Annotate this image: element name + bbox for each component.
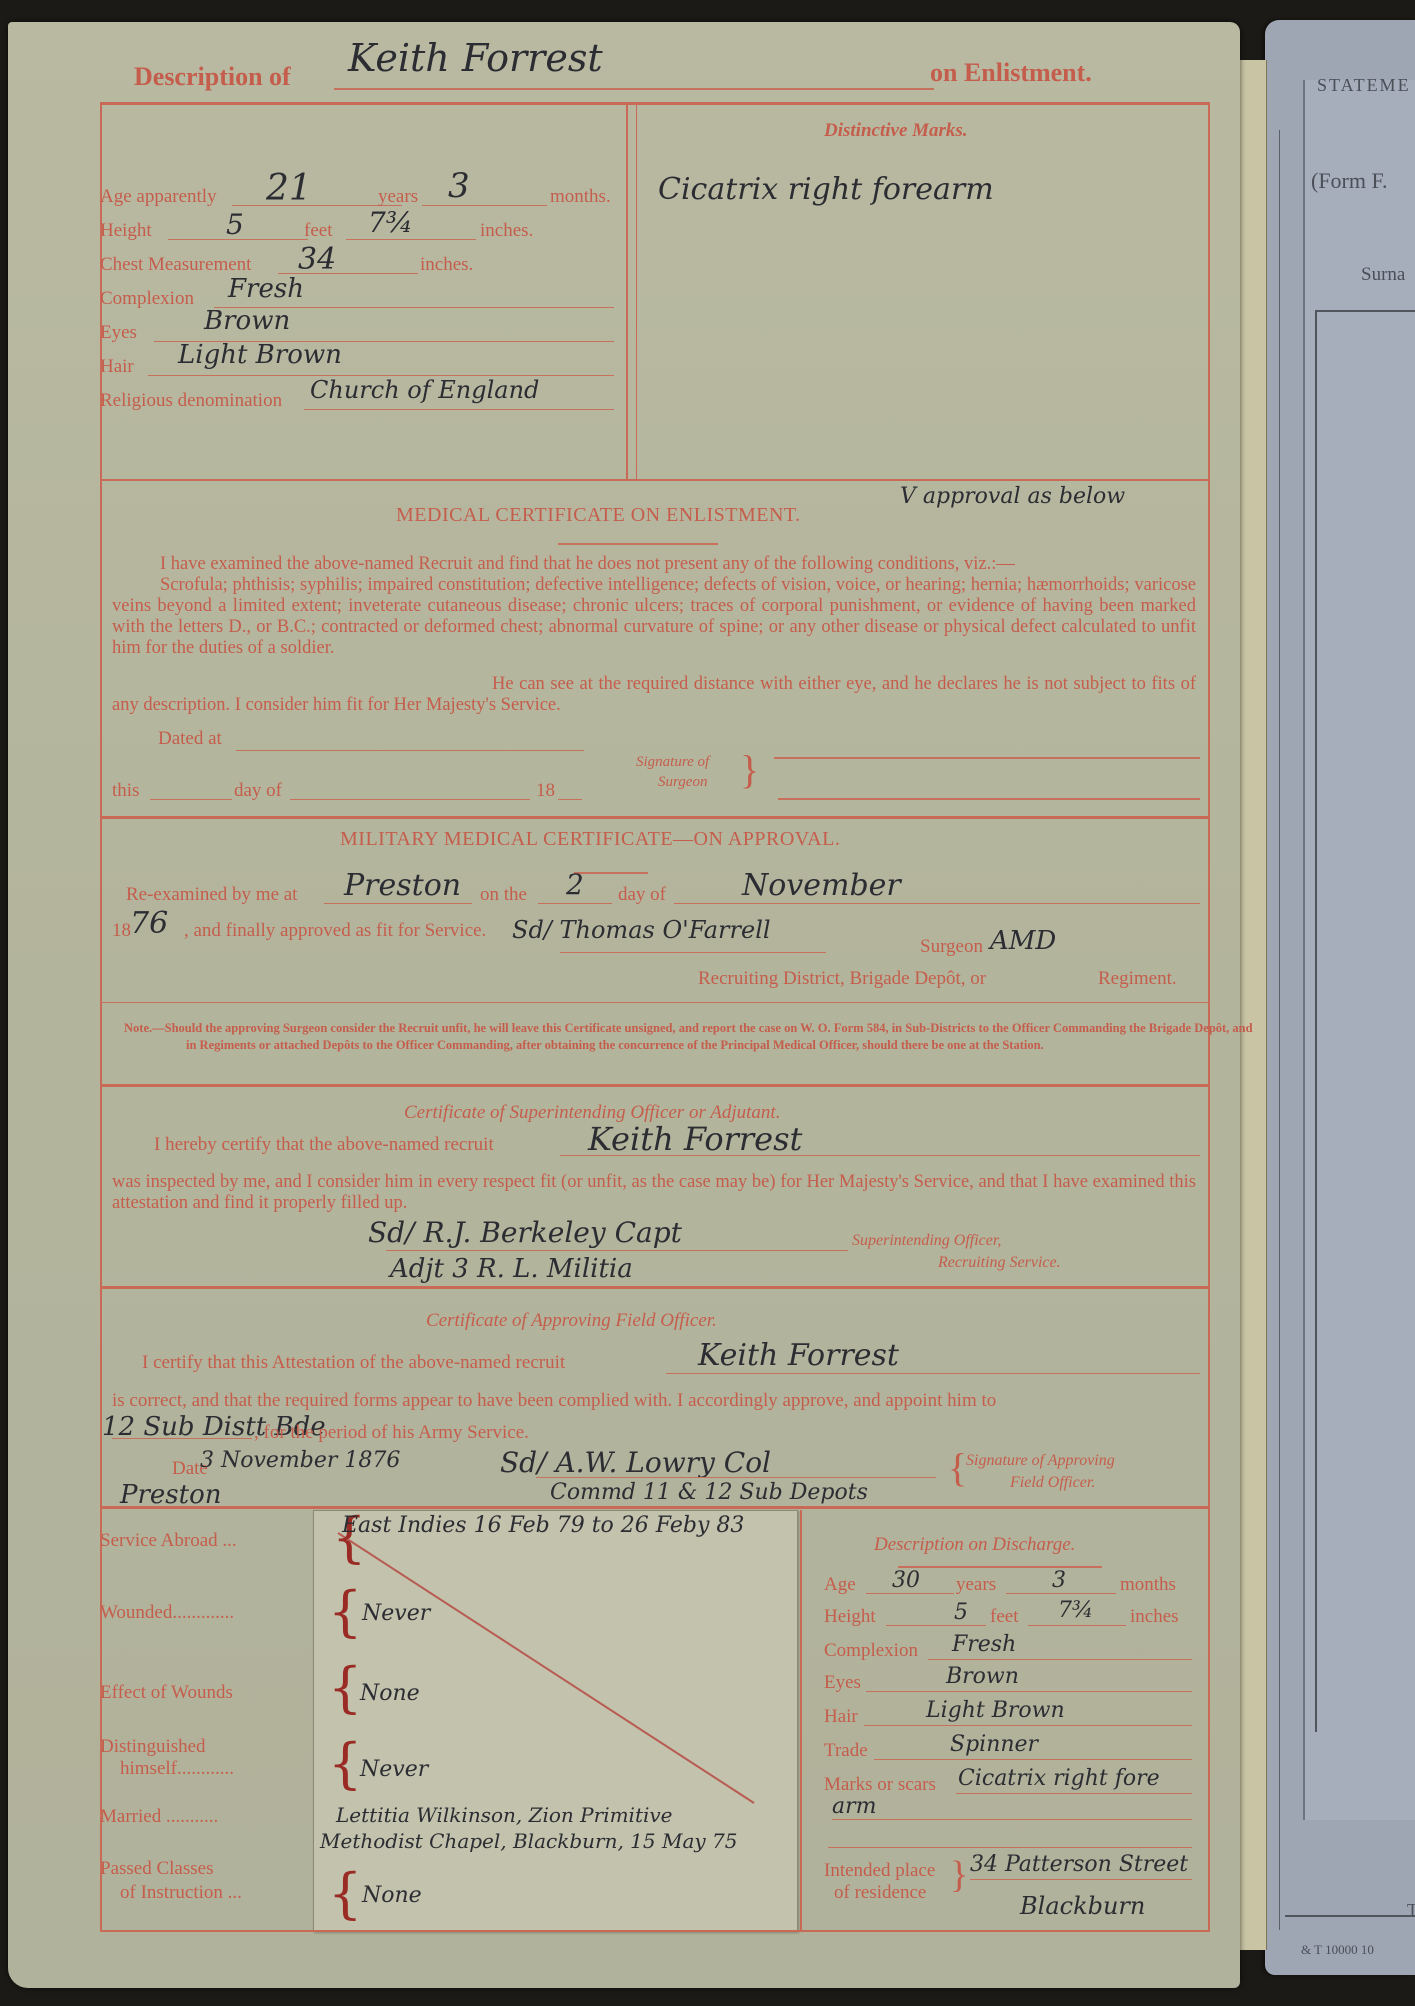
married-label: Married ........... [100, 1806, 218, 1828]
distinguished-brace-icon: { [328, 1737, 362, 1791]
district-label: Recruiting District, Brigade Depôt, or [698, 968, 986, 990]
military-medical-heading: MILITARY MEDICAL CERTIFICATE—ON APPROVAL… [340, 828, 840, 851]
examination-year: 76 [130, 906, 168, 941]
religion-value: Church of England [310, 376, 539, 404]
residence-label-1: Intended place [824, 1860, 935, 1882]
day-line [538, 903, 612, 904]
discharge-age-line [866, 1593, 954, 1594]
section-rule-1 [100, 479, 1210, 481]
surgeon-signature-label-2: Surgeon [658, 774, 707, 791]
height-label: Height [100, 220, 152, 242]
section-rule-5 [100, 1506, 1210, 1509]
field-officer-signature: Sd/ A.W. Lowry Col [500, 1446, 771, 1479]
superintending-certify-label: I hereby certify that the above-named re… [154, 1134, 494, 1156]
distinctive-marks-heading: Distinctive Marks. [824, 120, 968, 142]
distinctive-marks-value: Cicatrix right forearm [658, 172, 994, 207]
height-feet-value: 5 [226, 208, 244, 241]
discharge-hair-value: Light Brown [926, 1698, 1065, 1723]
month-line [674, 903, 1200, 904]
field-officer-body: is correct, and that the required forms … [112, 1390, 1202, 1412]
scan-background [0, 0, 1415, 22]
height-inches-line [346, 239, 476, 240]
title-underline [334, 88, 934, 90]
frame-bottom-rule [100, 1930, 1210, 1932]
frame-top-rule [100, 102, 1210, 105]
adjacent-page-footer: & T 10000 10 [1301, 1942, 1374, 1958]
approval-note: Note.—Should the approving Surgeon consi… [124, 1020, 1256, 1053]
field-officer-certify-label: I certify that this Attestation of the a… [142, 1352, 565, 1374]
discharge-inches-label: inches [1130, 1606, 1179, 1628]
adjacent-page-form-label: (Form F. [1311, 168, 1387, 194]
discharge-marks-value-2: arm [832, 1794, 877, 1819]
residence-line [970, 1879, 1192, 1880]
chest-value: 34 [298, 242, 336, 277]
year-prefix: 18 [112, 920, 131, 942]
wounded-brace-icon: { [328, 1585, 362, 1639]
discharge-height-label: Height [824, 1606, 876, 1628]
examination-month: November [742, 868, 901, 903]
attestation-page: Description of Keith Forrest on Enlistme… [8, 22, 1240, 1988]
effect-of-wounds-value: None [360, 1681, 420, 1706]
field-officer-recruit-name: Keith Forrest [698, 1338, 899, 1373]
medical-certificate-heading: MEDICAL CERTIFICATE ON ENLISTMENT. [396, 504, 801, 527]
age-years-value: 21 [266, 168, 312, 209]
wounded-label: Wounded............. [100, 1602, 234, 1624]
months-label: months. [550, 186, 611, 208]
discharge-blank-line [828, 1847, 1192, 1848]
discharge-eyes-line [866, 1691, 1192, 1692]
adjacent-page-rule [1279, 130, 1280, 1930]
discharge-months-label: months [1120, 1574, 1176, 1596]
superintending-body: was inspected by me, and I consider him … [112, 1172, 1196, 1214]
discharge-trade-line [874, 1759, 1192, 1760]
discharge-marks-label: Marks or scars [824, 1774, 936, 1796]
regiment-label: Regiment. [1098, 968, 1177, 990]
year-prefix: 18 [536, 780, 555, 802]
years-label: years [378, 186, 418, 208]
discharge-age-years: 30 [892, 1568, 920, 1593]
residence-label-2: of residence [834, 1882, 926, 1904]
section-rule-4 [100, 1286, 1210, 1289]
discharge-complexion-label: Complexion [824, 1640, 918, 1662]
discharge-marks-line-1 [956, 1793, 1192, 1794]
page-spine-edge [1240, 60, 1267, 1950]
field-officer-command: Commd 11 & 12 Sub Depots [550, 1480, 868, 1505]
day-of-label: day of [234, 780, 282, 802]
medical-paragraph-3: He can see at the required distance with… [112, 674, 1196, 716]
surgeon-corps: AMD [990, 926, 1056, 956]
superintending-recruit-name: Keith Forrest [588, 1120, 802, 1158]
examination-day: 2 [566, 868, 584, 901]
inches-label: inches. [480, 220, 533, 242]
discharge-trade-label: Trade [824, 1740, 868, 1762]
discharge-years-label: years [956, 1574, 996, 1596]
discharge-eyes-label: Eyes [824, 1672, 861, 1694]
chest-label: Chest Measurement [100, 254, 251, 276]
adjacent-page-header: STATEME [1317, 75, 1411, 96]
feet-label: feet [304, 220, 332, 242]
discharge-trade-value: Spinner [950, 1732, 1038, 1757]
himself-label: himself............ [120, 1758, 234, 1780]
adjacent-page-side-letter: T [1407, 1900, 1415, 1921]
column-divider-1 [626, 104, 628, 479]
discharge-heading: Description on Discharge. [874, 1534, 1075, 1556]
day-of-label: day of [618, 884, 666, 906]
married-value-line-2: Methodist Chapel, Blackburn, 15 May 75 [320, 1829, 737, 1853]
effect-of-wounds-label: Effect of Wounds [100, 1682, 233, 1704]
eyes-label: Eyes [100, 322, 137, 344]
frame-right-rule [1208, 102, 1210, 1932]
discharge-age-label: Age [824, 1574, 856, 1596]
on-the-label: on the [480, 884, 527, 906]
passed-classes-label: Passed Classes [100, 1858, 213, 1880]
surgeon-label: Surgeon [920, 936, 983, 958]
residence-town: Blackburn [1020, 1892, 1145, 1920]
discharge-months-line [1006, 1593, 1116, 1594]
recruit-name-title: Keith Forrest [348, 36, 603, 80]
instruction-label: of Instruction ... [120, 1882, 242, 1904]
discharge-marks-value-1: Cicatrix right fore [958, 1766, 1160, 1791]
discharge-inches-line [1028, 1625, 1126, 1626]
field-officer-signature-line [536, 1477, 936, 1478]
superintending-signature-line [386, 1250, 848, 1251]
discharge-heading-rule [898, 1566, 1102, 1568]
superintending-officer-label: Superintending Officer, [852, 1232, 1001, 1250]
discharge-feet-label: feet [990, 1606, 1018, 1628]
age-label: Age apparently [100, 186, 217, 208]
adjacent-page: STATEME (Form F. Surna T & T 10000 10 [1265, 20, 1415, 1975]
approving-signature-label: Signature of Approving [966, 1452, 1115, 1470]
adjacent-page-surname: Surna [1361, 264, 1405, 286]
form-title-prefix: Description of [134, 62, 291, 92]
form-title-suffix: on Enlistment. [930, 58, 1092, 88]
discharge-height-inches: 7¾ [1058, 1598, 1093, 1623]
medical-paragraph-1: I have examined the above-named Recruit … [112, 554, 1196, 575]
field-officer-recruit-line [666, 1373, 1200, 1374]
surgeon-brace: } [740, 750, 759, 790]
reexamined-label: Re-examined by me at [126, 884, 297, 906]
field-officer-brace: { [948, 1448, 967, 1488]
age-months-value: 3 [448, 166, 470, 206]
field-officer-label: Field Officer. [1010, 1474, 1095, 1492]
day-line [150, 799, 232, 800]
classes-brace-icon: { [328, 1867, 362, 1921]
service-abroad-label: Service Abroad ... [100, 1530, 237, 1552]
adjacent-page-bottom-rule [1285, 1915, 1415, 1917]
surgeon-signature: Sd/ Thomas O'Farrell [512, 916, 771, 944]
examination-place: Preston [344, 868, 461, 903]
recruiting-service-label: Recruiting Service. [938, 1254, 1061, 1272]
military-heading-rule [574, 872, 648, 874]
discharge-height-feet: 5 [954, 1600, 968, 1625]
adjacent-page-box [1315, 310, 1415, 1732]
wounded-value: Never [362, 1601, 430, 1626]
dated-at-label: Dated at [158, 728, 222, 750]
residence-brace: } [950, 1856, 968, 1894]
year-line [558, 799, 582, 800]
discharge-eyes-value: Brown [946, 1664, 1019, 1689]
distinguished-value: Never [360, 1757, 428, 1782]
unit-line [112, 1438, 252, 1439]
discharge-box-left-rule [800, 1510, 802, 1930]
religion-line [304, 409, 614, 410]
medical-approval-annotation: V approval as below [900, 484, 1125, 509]
discharge-complexion-line [928, 1659, 1192, 1660]
period-label: , for the period of his Army Service. [254, 1422, 529, 1444]
discharge-marks-line-2 [832, 1819, 1192, 1820]
medical-paragraph-2: Scrofula; phthisis; syphilis; impaired c… [112, 575, 1196, 659]
passed-classes-value: None [362, 1883, 422, 1908]
hair-value: Light Brown [178, 340, 342, 370]
complexion-label: Complexion [100, 288, 194, 310]
surgeon-signature-label-1: Signature of [636, 754, 709, 771]
age-months-line [422, 205, 547, 206]
section-rule-2 [100, 816, 1210, 819]
pasted-service-slip: { East Indies 16 Feb 79 to 26 Feby 83 { … [313, 1510, 798, 1932]
eyes-value: Brown [204, 306, 290, 336]
discharge-hair-line [864, 1725, 1192, 1726]
religion-label: Religious denomination [100, 390, 282, 412]
approval-date: 3 November 1876 [200, 1448, 400, 1473]
surgeon-signature-line-2 [778, 798, 1200, 800]
effect-brace-icon: { [328, 1661, 362, 1715]
place-line [324, 903, 472, 904]
discharge-feet-line [886, 1625, 986, 1626]
approved-label: , and finally approved as fit for Servic… [184, 920, 486, 942]
hair-label: Hair [100, 356, 134, 378]
field-officer-heading: Certificate of Approving Field Officer. [426, 1310, 717, 1332]
service-abroad-value: East Indies 16 Feb 79 to 26 Feby 83 [342, 1513, 744, 1538]
this-label: this [112, 780, 139, 802]
discharge-hair-label: Hair [824, 1706, 858, 1728]
chest-inches-label: inches. [420, 254, 473, 276]
height-inches-value: 7¾ [368, 206, 413, 239]
slip-diagonal-strike [314, 1511, 797, 1931]
section-rule-3 [100, 1084, 1210, 1087]
discharge-complexion-value: Fresh [952, 1632, 1016, 1657]
complexion-value: Fresh [228, 274, 304, 304]
superintending-signature: Sd/ R.J. Berkeley Capt [368, 1216, 682, 1249]
dated-at-line [236, 750, 584, 751]
married-value-line-1: Lettitia Wilkinson, Zion Primitive [336, 1803, 673, 1827]
discharge-age-months: 3 [1052, 1568, 1066, 1593]
medical-heading-rule [558, 543, 718, 545]
note-top-rule [100, 1002, 1210, 1003]
column-divider-2 [636, 104, 637, 479]
month-line [290, 799, 530, 800]
surgeon-signature-line-1 [774, 757, 1200, 759]
distinguished-label: Distinguished [100, 1736, 206, 1758]
residence-street: 34 Patterson Street [970, 1852, 1188, 1877]
superintending-unit: Adjt 3 R. L. Militia [390, 1254, 633, 1284]
surgeon-line [560, 952, 826, 953]
